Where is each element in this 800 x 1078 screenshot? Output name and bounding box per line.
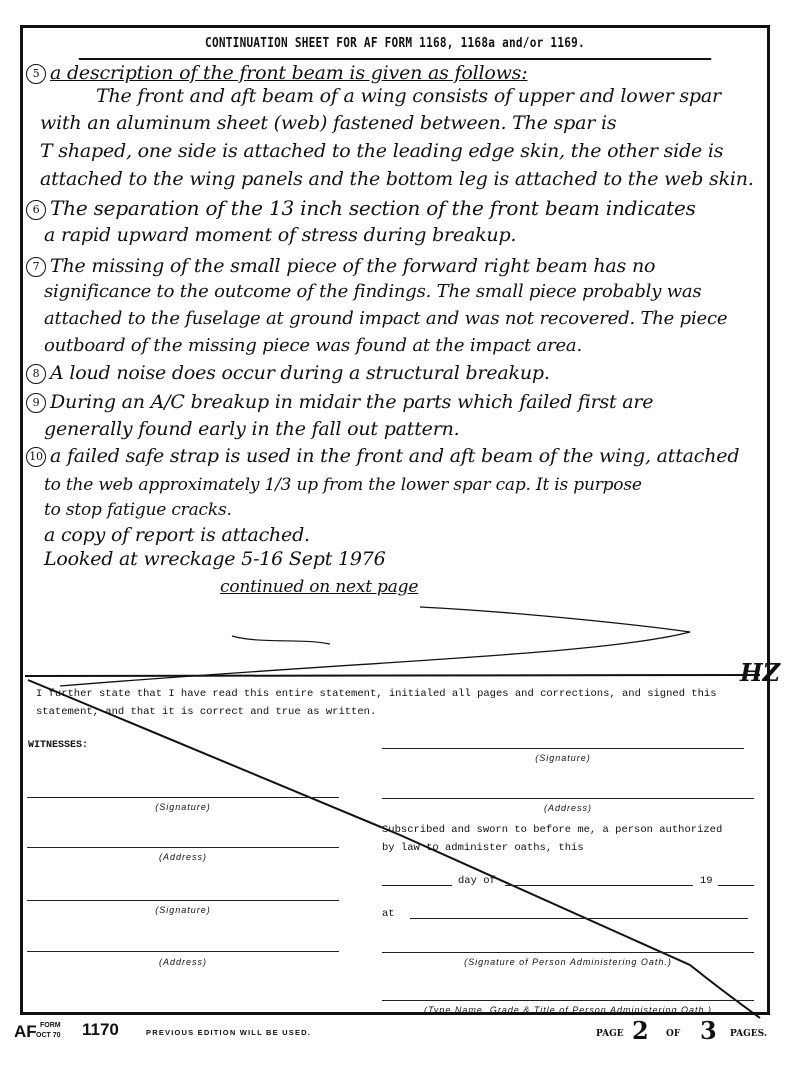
handwritten-line: 7The missing of the small piece of the f… bbox=[26, 255, 655, 277]
handwritten-text: During an A/C breakup in midair the part… bbox=[50, 391, 653, 413]
page-total: 3 bbox=[700, 1016, 717, 1045]
sworn-text-line-2: by law to administer oaths, this bbox=[382, 842, 584, 854]
handwritten-text: generally found early in the fall out pa… bbox=[44, 418, 459, 440]
witness-2-address-label: (Address) bbox=[27, 957, 339, 967]
footer-form-date: OCT 70 bbox=[36, 1032, 61, 1039]
month-field[interactable] bbox=[505, 885, 693, 886]
handwritten-line: outboard of the missing piece was found … bbox=[44, 335, 582, 356]
at-label: at bbox=[382, 908, 395, 920]
handwritten-line: to stop fatigue cracks. bbox=[44, 500, 232, 520]
address-line[interactable] bbox=[382, 798, 754, 799]
handwritten-text: The missing of the small piece of the fo… bbox=[50, 255, 655, 277]
footer-of-word: OF bbox=[666, 1029, 680, 1039]
certification-line-2: statement, and that it is correct and tr… bbox=[36, 706, 376, 718]
year-prefix: 19 bbox=[700, 875, 713, 887]
witness-1-address-label: (Address) bbox=[27, 852, 339, 862]
item-number: 9 bbox=[26, 393, 46, 413]
handwritten-text: a copy of report is attached. bbox=[44, 524, 310, 546]
form-title: CONTINUATION SHEET FOR AF FORM 1168, 116… bbox=[79, 28, 711, 60]
handwritten-text: to the web approximately 1/3 up from the… bbox=[44, 475, 642, 495]
handwritten-line: to the web approximately 1/3 up from the… bbox=[44, 475, 642, 495]
handwritten-text: The front and aft beam of a wing consist… bbox=[96, 85, 721, 107]
handwritten-text: with an aluminum sheet (web) fastened be… bbox=[40, 112, 616, 134]
handwritten-line: generally found early in the fall out pa… bbox=[44, 418, 459, 440]
handwritten-text: a rapid upward moment of stress during b… bbox=[44, 224, 516, 246]
witnesses-label: WITNESSES: bbox=[28, 740, 88, 751]
handwritten-line: The front and aft beam of a wing consist… bbox=[96, 85, 721, 107]
handwritten-text: attached to the fuselage at ground impac… bbox=[44, 308, 727, 329]
item-number: 5 bbox=[26, 64, 46, 84]
sworn-text-line-1: Subscribed and sworn to before me, a per… bbox=[382, 824, 722, 836]
handwritten-text: a failed safe strap is used in the front… bbox=[50, 445, 739, 467]
footer-page-word: PAGE bbox=[596, 1029, 624, 1039]
footer-form-word: FORM bbox=[40, 1022, 61, 1029]
footer-af: AF bbox=[14, 1022, 37, 1042]
initials: HZ bbox=[740, 658, 780, 687]
handwritten-line: 8A loud noise does occur during a struct… bbox=[26, 362, 550, 384]
witness-2-signature-label: (Signature) bbox=[27, 905, 339, 915]
handwritten-line: significance to the outcome of the findi… bbox=[44, 281, 701, 302]
handwritten-line: 6The separation of the 13 inch section o… bbox=[26, 196, 696, 220]
handwritten-text: Looked at wreckage 5-16 Sept 1976 bbox=[44, 548, 386, 570]
item-number: 6 bbox=[26, 200, 46, 220]
footer-form-number: 1170 bbox=[82, 1020, 119, 1040]
admin-name-line[interactable] bbox=[382, 1000, 754, 1001]
page-current: 2 bbox=[632, 1016, 649, 1045]
location-field[interactable] bbox=[410, 918, 748, 919]
handwritten-text: attached to the wing panels and the bott… bbox=[40, 168, 754, 190]
witness-2-address-line[interactable] bbox=[27, 951, 339, 952]
handwritten-text: A loud noise does occur during a structu… bbox=[50, 362, 550, 384]
item-number: 10 bbox=[26, 447, 46, 467]
witness-1-signature-label: (Signature) bbox=[27, 802, 339, 812]
witness-1-signature-line[interactable] bbox=[27, 797, 339, 798]
footer-edition-note: PREVIOUS EDITION WILL BE USED. bbox=[146, 1028, 311, 1037]
certification-line-1: I further state that I have read this en… bbox=[36, 688, 717, 700]
admin-signature-line[interactable] bbox=[382, 952, 754, 953]
handwritten-line: 9During an A/C breakup in midair the par… bbox=[26, 391, 653, 413]
handwritten-text: to stop fatigue cracks. bbox=[44, 500, 232, 520]
handwritten-line: a copy of report is attached. bbox=[44, 524, 310, 546]
day-of-label: day of bbox=[458, 875, 496, 887]
admin-name-label: (Type Name, Grade & Title of Person Admi… bbox=[382, 1005, 754, 1015]
year-field[interactable] bbox=[718, 885, 754, 886]
handwritten-line: attached to the wing panels and the bott… bbox=[40, 168, 754, 190]
handwritten-line: 10a failed safe strap is used in the fro… bbox=[26, 445, 739, 467]
handwritten-text: outboard of the missing piece was found … bbox=[44, 335, 582, 356]
handwritten-line: 5a description of the front beam is give… bbox=[26, 62, 527, 84]
witness-1-address-line[interactable] bbox=[27, 847, 339, 848]
handwritten-text: significance to the outcome of the findi… bbox=[44, 281, 701, 302]
handwritten-line: continued on next page bbox=[220, 577, 418, 597]
admin-signature-label: (Signature of Person Administering Oath.… bbox=[382, 957, 754, 967]
handwritten-line: a rapid upward moment of stress during b… bbox=[44, 224, 516, 246]
handwritten-text: The separation of the 13 inch section of… bbox=[50, 196, 696, 220]
handwritten-line: T shaped, one side is attached to the le… bbox=[40, 140, 723, 162]
handwritten-line: Looked at wreckage 5-16 Sept 1976 bbox=[44, 548, 386, 570]
signature-label: (Signature) bbox=[382, 753, 744, 763]
handwritten-line: with an aluminum sheet (web) fastened be… bbox=[40, 112, 616, 134]
signature-line[interactable] bbox=[382, 748, 744, 749]
handwritten-line: attached to the fuselage at ground impac… bbox=[44, 308, 727, 329]
handwritten-text: T shaped, one side is attached to the le… bbox=[40, 140, 723, 162]
item-number: 8 bbox=[26, 364, 46, 384]
day-field[interactable] bbox=[382, 885, 452, 886]
witness-2-signature-line[interactable] bbox=[27, 900, 339, 901]
handwritten-text: continued on next page bbox=[220, 577, 418, 597]
footer-pages-word: PAGES. bbox=[730, 1029, 767, 1039]
address-label: (Address) bbox=[382, 803, 754, 813]
item-number: 7 bbox=[26, 257, 46, 277]
handwritten-text: a description of the front beam is given… bbox=[50, 62, 527, 84]
